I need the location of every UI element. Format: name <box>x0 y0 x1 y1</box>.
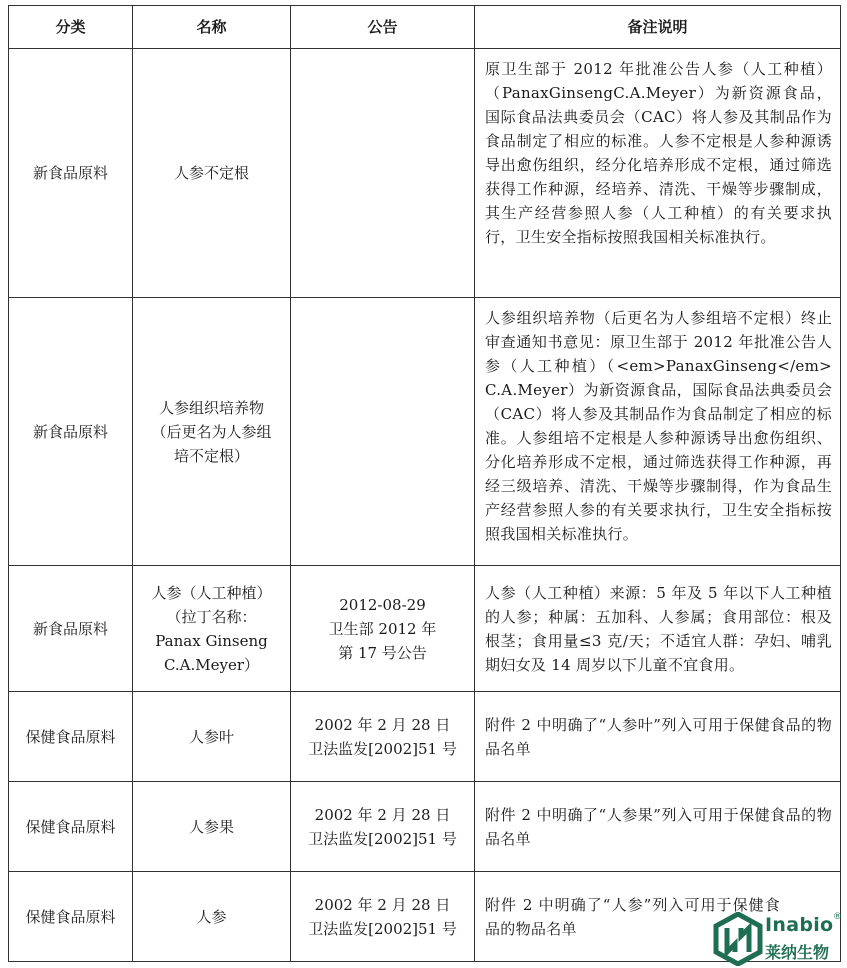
cell-note: 人参组织培养物（后更名为人参组培不定根）终止审查通知书意见：原卫生部于 2012… <box>475 298 841 566</box>
table-row: 新食品原料 人参（人工种植） （拉丁名称： Panax Ginseng C.A.… <box>9 566 841 692</box>
header-category: 分类 <box>9 6 133 49</box>
table-row: 保健食品原料 人参叶 2002 年 2 月 28 日 卫法监发[2002]51 … <box>9 692 841 782</box>
cell-note: 人参（人工种植）来源：5 年及 5 年以下人工种植的人参；种属：五加科、人参属；… <box>475 566 841 692</box>
cell-category: 保健食品原料 <box>9 872 133 962</box>
header-name: 名称 <box>133 6 291 49</box>
cell-announcement: 2002 年 2 月 28 日 卫法监发[2002]51 号 <box>291 872 475 962</box>
ginseng-regulation-table: 分类 名称 公告 备注说明 新食品原料 人参不定根 原卫生部于 2012 年批准… <box>8 5 841 962</box>
cell-name: 人参不定根 <box>133 49 291 298</box>
brand-english: Inabio <box>765 914 833 936</box>
cell-category: 保健食品原料 <box>9 782 133 872</box>
cell-note: 原卫生部于 2012 年批准公告人参（人工种植）（PanaxGinsengC.A… <box>475 49 841 298</box>
cell-announcement <box>291 49 475 298</box>
cell-announcement <box>291 298 475 566</box>
cell-announcement: 2002 年 2 月 28 日 卫法监发[2002]51 号 <box>291 782 475 872</box>
cell-name: 人参叶 <box>133 692 291 782</box>
table-row: 新食品原料 人参组织培养物 （后更名为人参组 培不定根） 人参组织培养物（后更名… <box>9 298 841 566</box>
cell-name: 人参（人工种植） （拉丁名称： Panax Ginseng C.A.Meyer） <box>133 566 291 692</box>
header-announcement: 公告 <box>291 6 475 49</box>
cell-category: 新食品原料 <box>9 566 133 692</box>
inabio-watermark-logo: Inabio ® 莱纳生物 <box>713 912 847 966</box>
cell-category: 新食品原料 <box>9 49 133 298</box>
table-header-row: 分类 名称 公告 备注说明 <box>9 6 841 49</box>
cell-note: 附件 2 中明确了“人参叶”列入可用于保健食品的物品名单 <box>475 692 841 782</box>
hexagon-logo-icon <box>713 912 763 966</box>
cell-announcement: 2012-08-29 卫生部 2012 年 第 17 号公告 <box>291 566 475 692</box>
cell-announcement: 2002 年 2 月 28 日 卫法监发[2002]51 号 <box>291 692 475 782</box>
registered-mark: ® <box>833 912 842 922</box>
table-row: 保健食品原料 人参果 2002 年 2 月 28 日 卫法监发[2002]51 … <box>9 782 841 872</box>
cell-category: 保健食品原料 <box>9 692 133 782</box>
table-row: 新食品原料 人参不定根 原卫生部于 2012 年批准公告人参（人工种植）（Pan… <box>9 49 841 298</box>
cell-category: 新食品原料 <box>9 298 133 566</box>
cell-note: 附件 2 中明确了“人参果”列入可用于保健食品的物品名单 <box>475 782 841 872</box>
cell-name: 人参 <box>133 872 291 962</box>
brand-chinese: 莱纳生物 <box>765 940 829 963</box>
header-note: 备注说明 <box>475 6 841 49</box>
cell-name: 人参组织培养物 （后更名为人参组 培不定根） <box>133 298 291 566</box>
cell-name: 人参果 <box>133 782 291 872</box>
